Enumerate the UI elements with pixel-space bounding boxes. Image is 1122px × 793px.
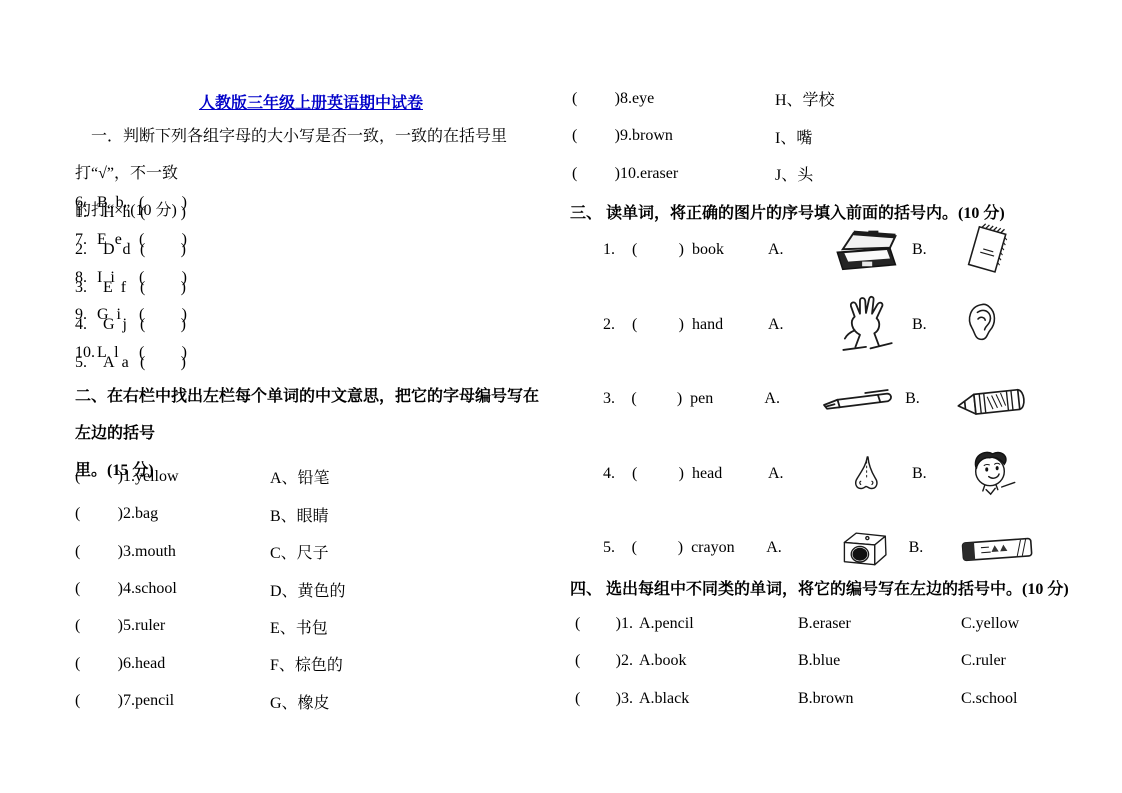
answer-blank: () <box>139 306 187 324</box>
answer-blank: () <box>139 194 187 212</box>
letter-pair: B b <box>97 194 139 212</box>
chinese-meaning: A、铅笔 <box>270 465 547 488</box>
pen-image <box>815 384 905 414</box>
letter-pair: L l <box>97 344 139 362</box>
answer-blank: () <box>139 344 187 362</box>
open-paren-glyph: ( <box>575 690 580 708</box>
answer-blank: () <box>75 468 123 486</box>
english-word: 9.brown <box>620 127 775 145</box>
answer-blank: () <box>632 241 684 259</box>
close-paren-glyph: ) <box>182 306 187 324</box>
english-word: head <box>692 465 768 483</box>
option-a: A.pencil <box>639 615 798 633</box>
english-word: 5.ruler <box>123 617 270 635</box>
open-paren-glyph: ( <box>139 306 144 324</box>
nose-image <box>820 452 912 496</box>
option-b-label: B. <box>909 539 956 557</box>
english-word: pen <box>690 390 764 408</box>
option-c: C.school <box>961 690 1038 708</box>
picture-choice-row: 1. () book A. B. <box>570 213 1038 288</box>
english-word: 1.yellow <box>123 468 270 486</box>
open-paren-glyph: ( <box>631 390 636 408</box>
option-a-label: A. <box>768 316 820 334</box>
close-paren-glyph: ) <box>182 269 187 287</box>
letter-pair-row: 9. G i () <box>75 297 547 335</box>
answer-blank: () <box>75 580 123 598</box>
open-paren-glyph: ( <box>139 269 144 287</box>
ear-image <box>960 298 1038 352</box>
option-a: A.book <box>639 652 798 670</box>
option-a-label: A. <box>768 465 820 483</box>
item-number: 8. <box>75 269 97 287</box>
right-column: () 8.eye H、学校 () 9.brown I、嘴 () 10.erase… <box>570 0 1038 793</box>
answer-blank: () <box>631 390 682 408</box>
section2-left-list: () 1.yellow A、铅笔 () 2.bag B、眼睛 () 3.mout… <box>75 458 547 720</box>
english-word: 2.bag <box>123 505 270 523</box>
chinese-meaning: B、眼睛 <box>270 503 547 526</box>
option-a-label: A. <box>768 241 820 259</box>
open-paren-glyph: ( <box>139 194 144 212</box>
close-paren-glyph: ) <box>677 390 682 408</box>
close-paren-glyph: ) <box>679 241 684 259</box>
option-c: C.ruler <box>961 652 1038 670</box>
chinese-meaning: I、嘴 <box>775 125 1038 148</box>
answer-blank: () <box>632 539 683 557</box>
close-paren-glyph: ) <box>678 539 683 557</box>
letter-pair-row: 8. I i () <box>75 259 547 297</box>
option-a-label: A. <box>764 390 815 408</box>
close-paren-glyph: ) <box>182 344 187 362</box>
open-paren-glyph: ( <box>75 655 80 673</box>
boy-head-image <box>960 448 1038 500</box>
chinese-meaning: E、书包 <box>270 615 547 638</box>
match-row: () 4.school D、黄色的 <box>75 570 547 607</box>
match-row: () 10.eraser J、头 <box>570 155 1038 193</box>
answer-blank: () <box>75 617 123 635</box>
open-paren-glyph: ( <box>572 165 577 183</box>
odd-one-out-row: () 2. A.book B.blue C.ruler <box>570 643 1038 681</box>
open-paren-glyph: ( <box>75 505 80 523</box>
close-paren-glyph: ) <box>679 465 684 483</box>
letter-pair-row: 6. B b () <box>75 184 547 222</box>
answer-blank: () <box>75 543 123 561</box>
open-paren-glyph: ( <box>75 692 80 710</box>
english-word: crayon <box>691 539 766 557</box>
answer-blank: () <box>575 615 621 633</box>
item-number: 2. <box>621 652 639 670</box>
open-paren-glyph: ( <box>572 127 577 145</box>
chinese-meaning: H、学校 <box>775 87 1038 110</box>
answer-blank: () <box>572 165 620 183</box>
odd-one-out-row: () 1. A.pencil B.eraser C.yellow <box>570 605 1038 643</box>
english-word: hand <box>692 316 768 334</box>
answer-blank: () <box>575 690 621 708</box>
section1-column-b: 6. B b () 7. E e () 8. I i () 9. G i () … <box>75 184 547 372</box>
section1-heading-line1: 一．判断下列各组字母的大小写是否一致，一致的在括号里打“√”，不一致 <box>75 118 547 192</box>
option-c: C.yellow <box>961 615 1038 633</box>
item-number: 3. <box>621 690 639 708</box>
item-number: 7. <box>75 231 97 249</box>
match-row: () 2.bag B、眼睛 <box>75 495 547 532</box>
paint-tube-image <box>956 532 1038 564</box>
picture-choice-row: 4. () head A. B. <box>570 437 1038 512</box>
open-paren-glyph: ( <box>75 580 80 598</box>
item-number: 3. <box>603 390 631 408</box>
letter-pair: I i <box>97 269 139 287</box>
pencil-sharpener-image <box>818 524 909 572</box>
letter-pair-row: 7. E e () <box>75 222 547 260</box>
answer-blank: () <box>572 127 620 145</box>
option-b: B.blue <box>798 652 961 670</box>
letter-pair-row: 10. L l () <box>75 334 547 372</box>
open-paren-glyph: ( <box>75 543 80 561</box>
answer-blank: () <box>75 692 123 710</box>
english-word: 8.eye <box>620 90 775 108</box>
answer-blank: () <box>572 90 620 108</box>
answer-blank: () <box>75 655 123 673</box>
answer-blank: () <box>632 316 684 334</box>
notebook-image <box>960 220 1038 280</box>
match-row: () 7.pencil G、橡皮 <box>75 683 547 720</box>
section3-list: 1. () book A. B. <box>570 213 1038 586</box>
item-number: 9. <box>75 306 97 324</box>
match-row: () 8.eye H、学校 <box>570 80 1038 118</box>
picture-choice-row: 2. () hand A. B. <box>570 288 1038 363</box>
close-paren-glyph: ) <box>182 194 187 212</box>
open-paren-glyph: ( <box>575 652 580 670</box>
picture-choice-row: 3. () pen A. B. <box>570 362 1038 437</box>
item-number: 5. <box>603 539 632 557</box>
open-paren-glyph: ( <box>75 617 80 635</box>
english-word: book <box>692 241 768 259</box>
item-number: 4. <box>603 465 632 483</box>
section4-heading: 四、 选出每组中不同类的单词，将它的编号写在左边的括号中。(10 分) <box>570 568 1038 606</box>
chinese-meaning: J、头 <box>775 162 1038 185</box>
exam-paper-page: 人教版三年级上册英语期中试卷 一．判断下列各组字母的大小写是否一致，一致的在括号… <box>0 0 1122 793</box>
section2-right-list: () 8.eye H、学校 () 9.brown I、嘴 () 10.erase… <box>570 80 1038 193</box>
answer-blank: () <box>75 505 123 523</box>
chinese-meaning: G、橡皮 <box>270 690 547 713</box>
section2-heading-line1: 二、在右栏中找出左栏每个单词的中文意思，把它的字母编号写在左边的括号 <box>75 378 547 452</box>
close-paren-glyph: ) <box>182 231 187 249</box>
english-word: 10.eraser <box>620 165 775 183</box>
option-a-label: A. <box>766 539 817 557</box>
open-paren-glyph: ( <box>632 539 637 557</box>
english-word: 4.school <box>123 580 270 598</box>
open-paren-glyph: ( <box>632 316 637 334</box>
close-paren-glyph: ) <box>679 316 684 334</box>
page-title: 人教版三年级上册英语期中试卷 <box>75 90 547 113</box>
english-word: 3.mouth <box>123 543 270 561</box>
open-paren-glyph: ( <box>632 465 637 483</box>
match-row: () 1.yellow A、铅笔 <box>75 458 547 495</box>
match-row: () 3.mouth C、尺子 <box>75 533 547 570</box>
letter-pair: E e <box>97 231 139 249</box>
chinese-meaning: F、棕色的 <box>270 652 547 675</box>
open-paren-glyph: ( <box>75 468 80 486</box>
open-paren-glyph: ( <box>139 344 144 362</box>
item-number: 1. <box>621 615 639 633</box>
answer-blank: () <box>139 231 187 249</box>
option-b-label: B. <box>905 390 952 408</box>
option-b: B.eraser <box>798 615 961 633</box>
answer-blank: () <box>632 465 684 483</box>
item-number: 2. <box>603 316 632 334</box>
match-row: () 6.head F、棕色的 <box>75 645 547 682</box>
answer-blank: () <box>575 652 621 670</box>
option-a: A.black <box>639 690 798 708</box>
chinese-meaning: D、黄色的 <box>270 578 547 601</box>
item-number: 1. <box>603 241 632 259</box>
odd-one-out-row: () 3. A.black B.brown C.school <box>570 680 1038 718</box>
crayon-image <box>952 380 1038 418</box>
section4-list: () 1. A.pencil B.eraser C.yellow () 2. A… <box>570 605 1038 718</box>
match-row: () 9.brown I、嘴 <box>570 118 1038 156</box>
option-b-label: B. <box>912 316 960 334</box>
pencil-case-image <box>820 226 912 274</box>
item-number: 10. <box>75 344 97 362</box>
option-b: B.brown <box>798 690 961 708</box>
option-b-label: B. <box>912 465 960 483</box>
open-paren-glyph: ( <box>572 90 577 108</box>
answer-blank: () <box>139 269 187 287</box>
english-word: 7.pencil <box>123 692 270 710</box>
open-paren-glyph: ( <box>575 615 580 633</box>
letter-pair: G i <box>97 306 139 324</box>
english-word: 6.head <box>123 655 270 673</box>
chinese-meaning: C、尺子 <box>270 540 547 563</box>
left-column: 人教版三年级上册英语期中试卷 一．判断下列各组字母的大小写是否一致，一致的在括号… <box>75 0 547 793</box>
open-paren-glyph: ( <box>139 231 144 249</box>
hand-image <box>820 291 912 359</box>
match-row: () 5.ruler E、书包 <box>75 608 547 645</box>
item-number: 6. <box>75 194 97 212</box>
open-paren-glyph: ( <box>632 241 637 259</box>
option-b-label: B. <box>912 241 960 259</box>
